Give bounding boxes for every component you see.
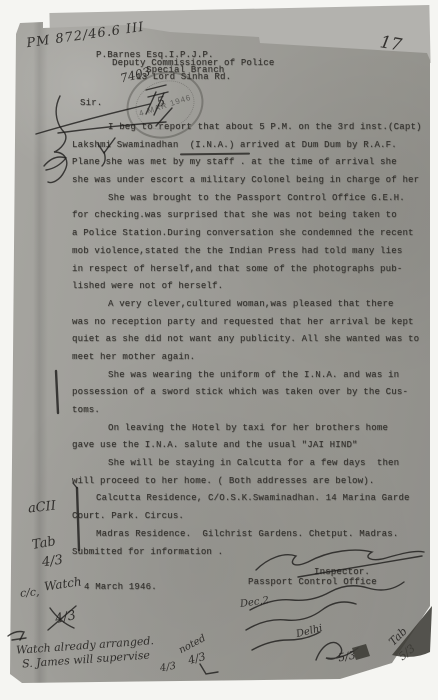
inspector-signature-underline: [298, 556, 422, 577]
bottom-right-signature-loop: [316, 642, 358, 660]
strike-flick: [156, 108, 172, 126]
checkmark-tail: [102, 152, 105, 166]
bottom-left-ka-bar: [12, 638, 26, 640]
scanned-document-page: { "document": { "header": { "addressee":…: [0, 0, 438, 700]
check-slash-2: [154, 93, 164, 115]
double-dash-2: [148, 92, 168, 97]
margin-line-hook: [73, 483, 77, 488]
ink-blob: [352, 644, 370, 660]
diagonal-pen-line: [36, 104, 150, 134]
page-corner-fold: [392, 606, 432, 657]
left-margin-loop: [44, 157, 66, 170]
margin-line-addresses: [77, 488, 79, 550]
bottom-right-scrawl-3: [252, 632, 320, 650]
margin-line-sword-para: [56, 371, 58, 413]
checkmark-under-name: [98, 138, 115, 153]
bottom-right-scrawl-2: [246, 602, 356, 630]
ink-annotations-overlay: [0, 0, 438, 700]
bottom-right-scrawl-1: [250, 582, 404, 610]
double-dash-1: [146, 85, 166, 90]
noted-flick: [200, 664, 218, 674]
